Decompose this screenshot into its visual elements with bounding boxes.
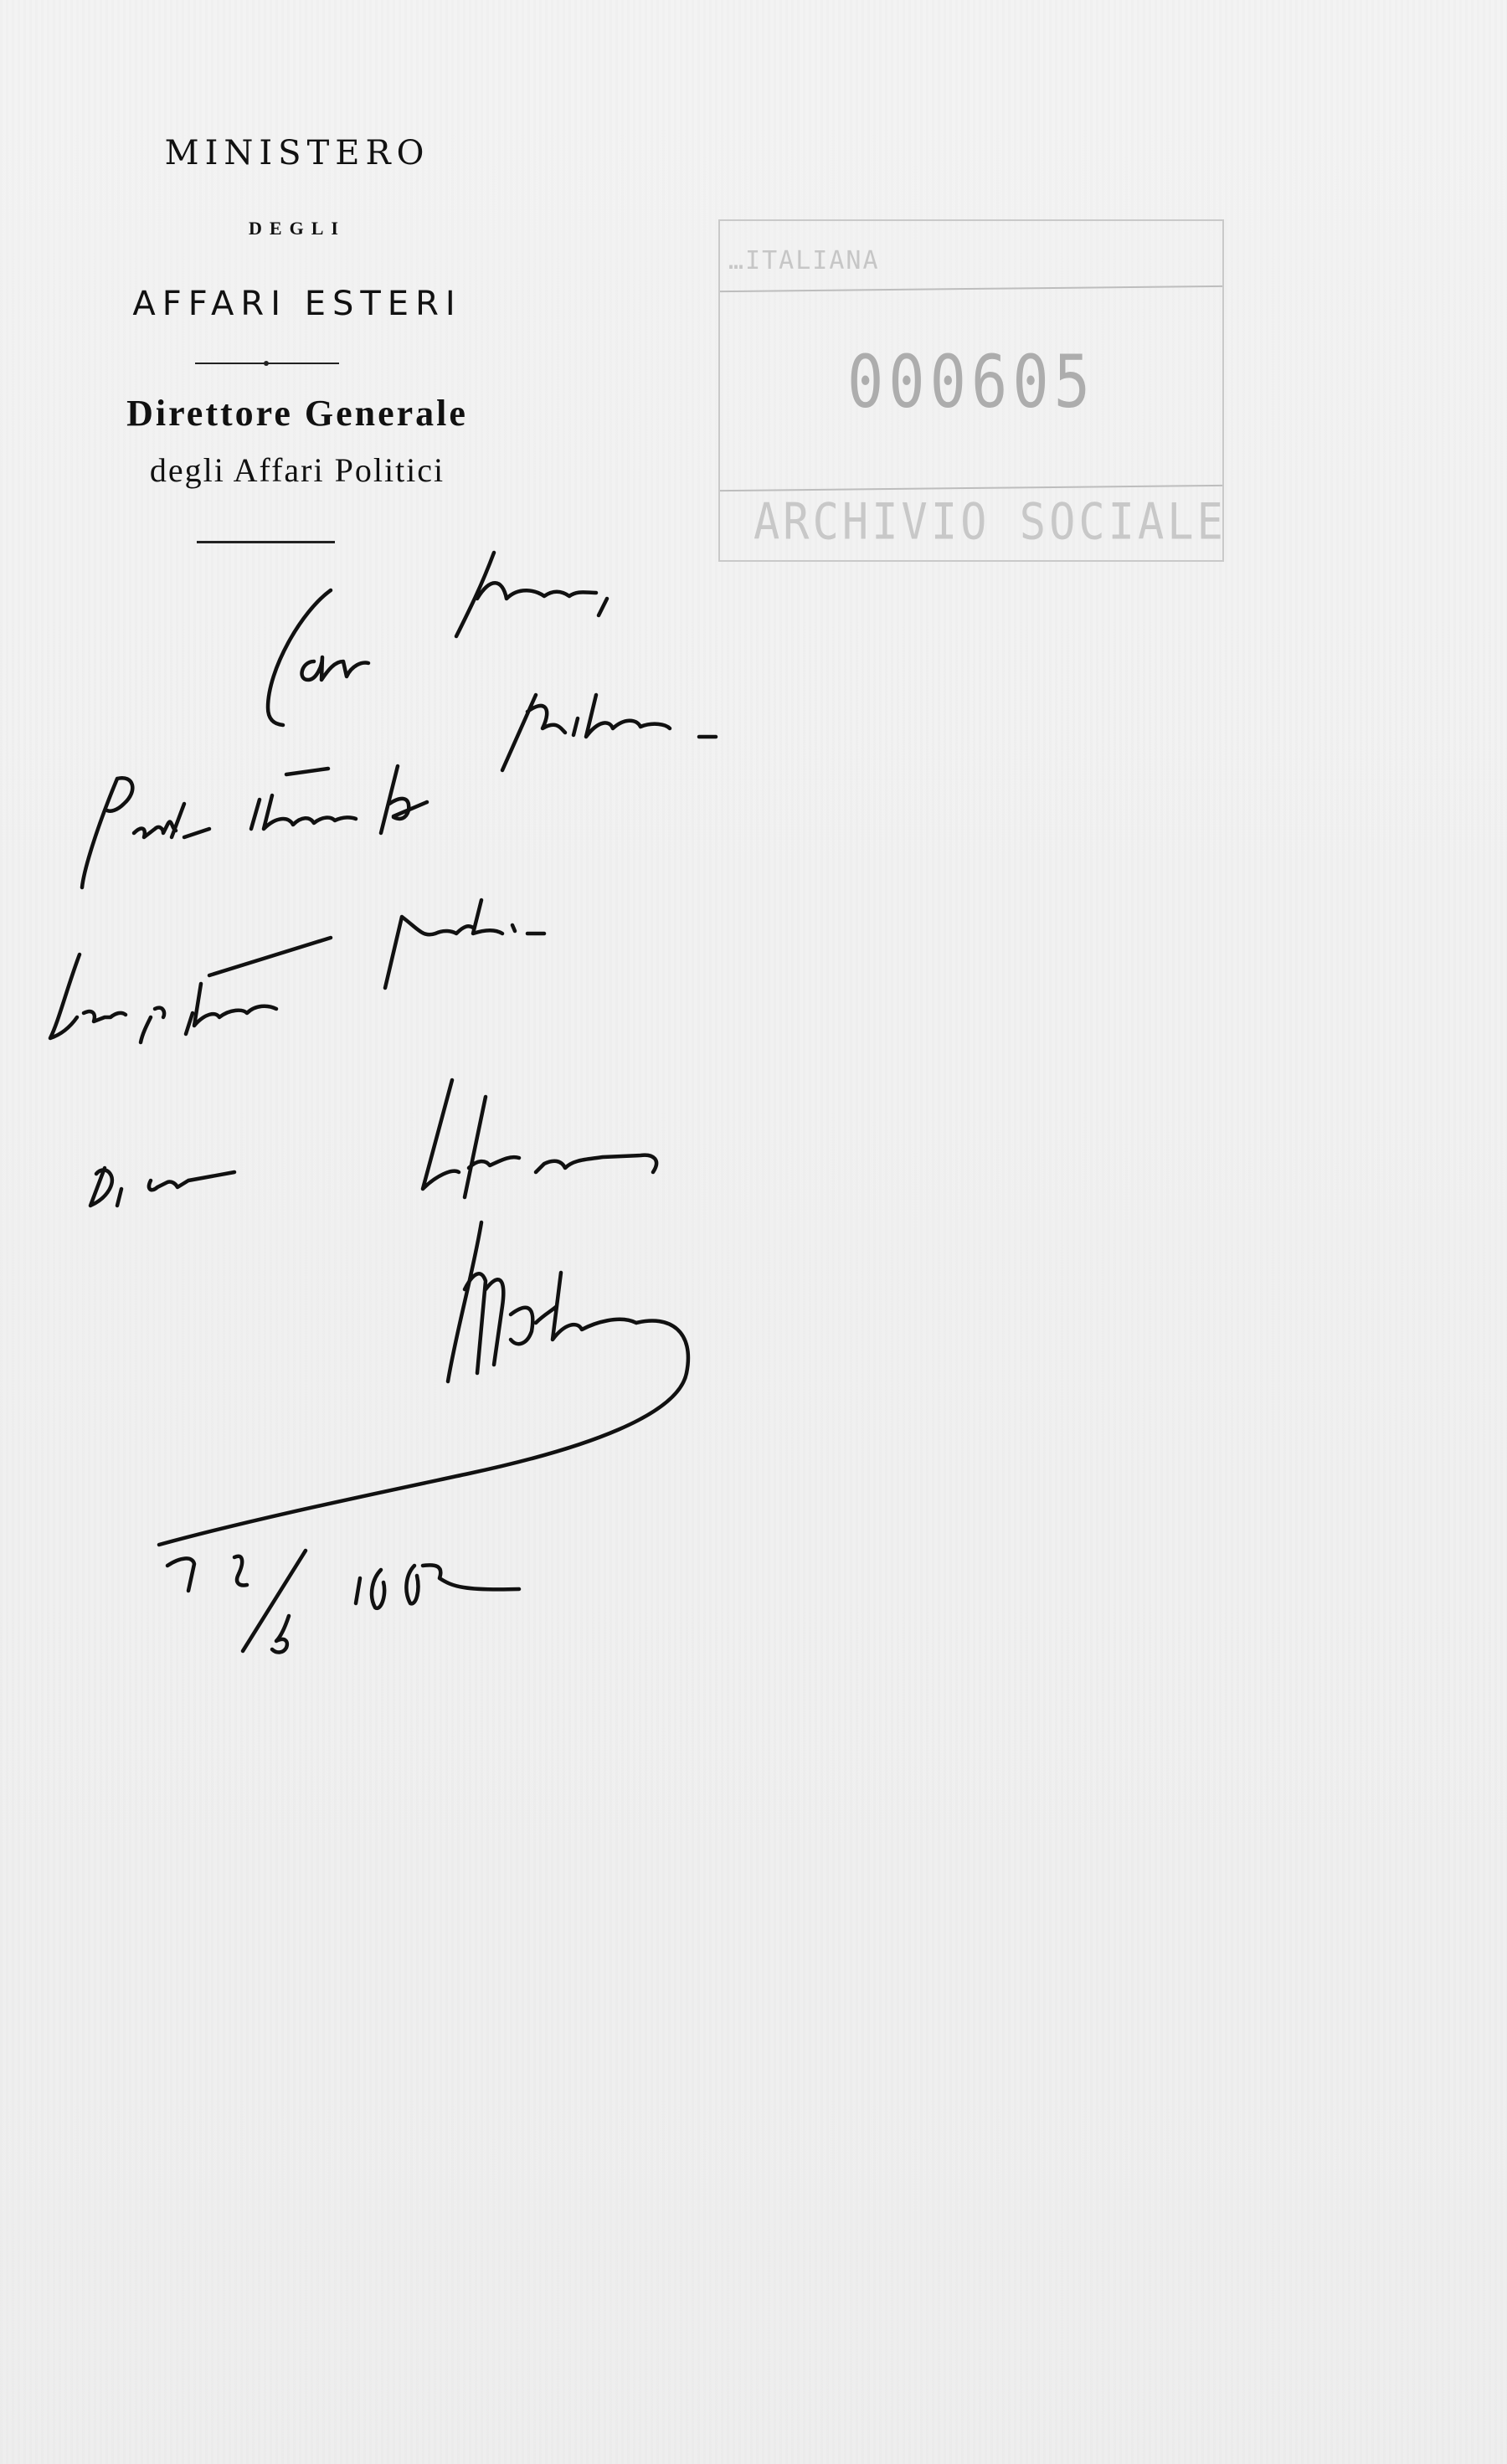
body-line-1: Parto stasera per Milano -	[82, 779, 746, 837]
handwritten-letter: Caro Artom, Parto stasera per Milano - S…	[0, 0, 1507, 2464]
date: 12/5 1882	[167, 1553, 424, 1612]
body-line-2: Sarò ritorno Venerdì -	[50, 954, 606, 1013]
salutation: Caro Artom,	[268, 603, 581, 661]
closing-left: Di cuore	[90, 1147, 307, 1206]
closing-right: tutto suo	[423, 1122, 651, 1181]
handwriting-strokes	[0, 0, 1507, 2464]
signature: Malvano	[448, 1289, 666, 1348]
